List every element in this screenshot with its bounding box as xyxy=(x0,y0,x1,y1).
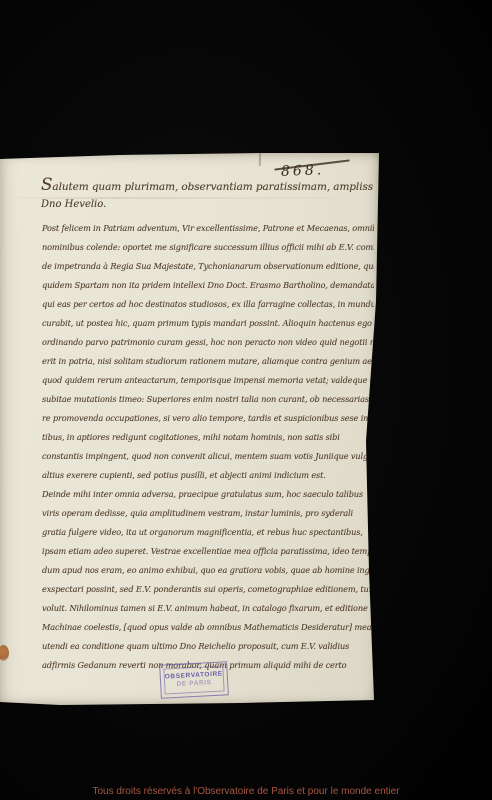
manuscript-line: viris operam dedisse, quia amplitudinem … xyxy=(42,504,374,523)
manuscript-line: re promovenda occupationes, si vero alio… xyxy=(42,409,374,428)
manuscript-line: Post felicem in Patriam adventum, Vir ex… xyxy=(42,219,374,238)
letter-body: Post felicem in Patriam adventum, Vir ex… xyxy=(42,219,374,675)
manuscript-line: ipsam etiam adeo superet. Vestrae excell… xyxy=(42,542,374,561)
manuscript-line: erit in patria, nisi solitam studiorum r… xyxy=(42,352,374,371)
scan-viewer-background: 868. Salutem quam plurimam, observantiam… xyxy=(0,0,492,800)
salutation-line: Salutem quam plurimam, observantiam para… xyxy=(41,174,373,194)
manuscript-line: quod quidem rerum anteactarum, temporisq… xyxy=(42,371,374,390)
fold-crease-vertical xyxy=(259,151,262,166)
manuscript-line: utendi ea conditione quam ultimo Dno Rei… xyxy=(42,637,374,656)
manuscript-line: qui eas per certos ad hoc destinatos stu… xyxy=(42,295,374,314)
manuscript-line: dum apud nos eram, eo animo exhibui, quo… xyxy=(42,561,374,580)
manuscript-line: subitae mutationis timeo: Superiores eni… xyxy=(42,390,374,409)
manuscript-line: gratia fulgere video, ita ut organorum m… xyxy=(42,523,374,542)
manuscript-line: ordinando parvo patrimonio curam gessi, … xyxy=(42,333,374,352)
manuscript-line: Deinde mihi inter omnia adversa, praecip… xyxy=(42,485,374,504)
manuscript-line: tibus, in aptiores redigunt cogitationes… xyxy=(42,428,374,447)
manuscript-line: nominibus colende: oportet me significar… xyxy=(42,238,374,257)
manuscript-line: quidem Spartam non ita pridem intellexi … xyxy=(42,276,374,295)
manuscript-page: 868. Salutem quam plurimam, observantiam… xyxy=(0,151,381,707)
manuscript-line: Machinae coelestis, [quod opus valde ab … xyxy=(42,618,374,637)
manuscript-line: voluit. Nihilominus tamen si E.V. animum… xyxy=(42,599,374,618)
wax-spot xyxy=(0,645,9,661)
copyright-notice: Tous droits réservés à l'Observatoire de… xyxy=(0,786,492,797)
observatoire-stamp: OBSERVATOIRE DE PARIS xyxy=(159,661,229,699)
manuscript-line: altius exerere cupienti, sed potius pusi… xyxy=(42,466,374,485)
addressee-line: Dno Hevelio. xyxy=(41,199,106,210)
manuscript-line: de impetranda à Regia Sua Majestate, Tyc… xyxy=(42,257,374,276)
observatoire-stamp-inner-border: OBSERVATOIRE DE PARIS xyxy=(163,665,224,694)
stamp-line-2: DE PARIS xyxy=(177,679,212,689)
manuscript-line: curabit, ut postea hic, quam primum typi… xyxy=(42,314,374,333)
manuscript-line: exspectari possint, sed E.V. ponderantis… xyxy=(42,580,374,599)
manuscript-line: constantis impingent, quod non convenit … xyxy=(42,447,374,466)
